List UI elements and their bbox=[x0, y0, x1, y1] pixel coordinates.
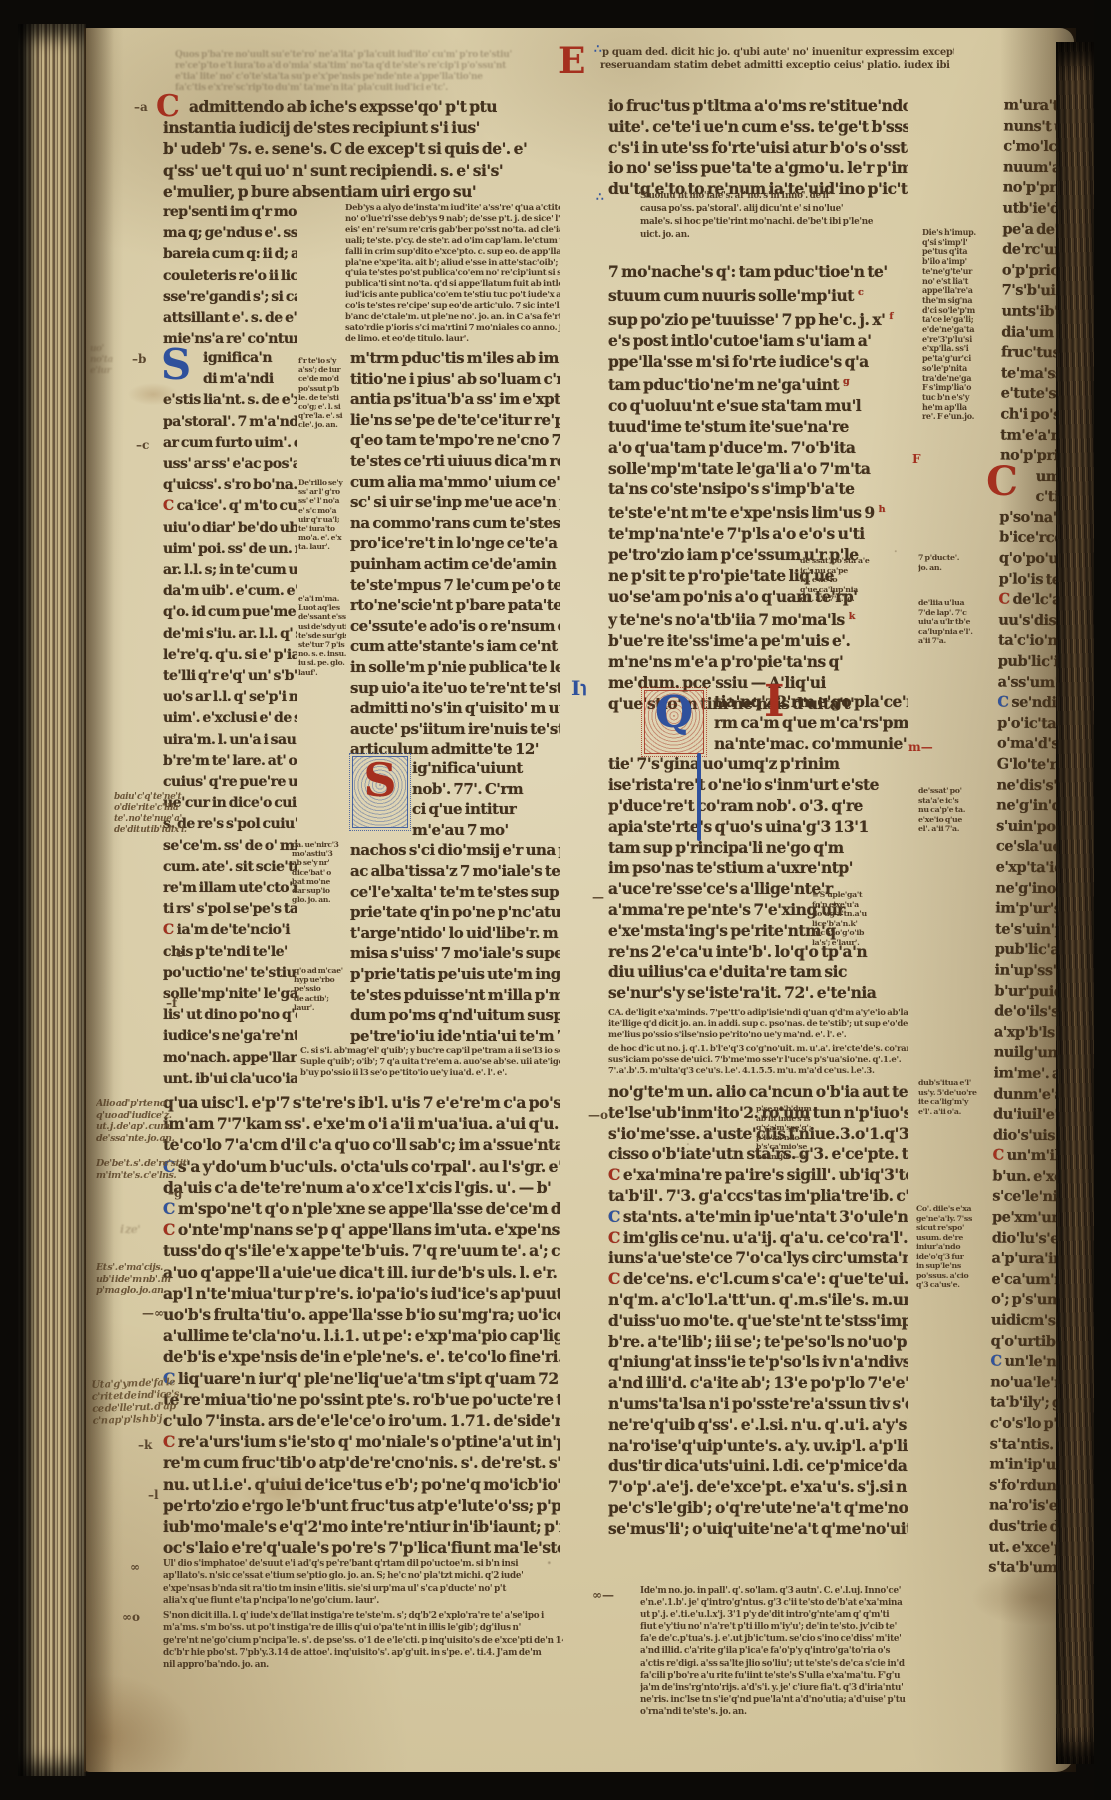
text-line: b' udeb' 7s. e. sene's. C de excep't si … bbox=[163, 138, 560, 159]
text-line: e'n.e'.1.b'. je' q'intro'g'ntus. g'3 c'i… bbox=[640, 1597, 932, 1609]
col1-midstrip-gloss-2: De'rillo se'yss' ar l' g'ross' e' l' no'… bbox=[298, 478, 346, 552]
text-line: ce'de mo'd bbox=[298, 374, 346, 383]
text-line: b're'm te' lare. at' o q' e' bbox=[163, 751, 297, 772]
rightstrip-gloss-6: Co'. dile's e'xage'ne'a'ly. 7'sssicut re… bbox=[916, 1204, 990, 1290]
col1-inset-gloss-top: Deb'ys a alyo de'insta'm iud'ite' a'ss'r… bbox=[345, 203, 560, 345]
text-line: na'ro'ise'q'uip'unte's. a'y. uv.ip'l. a'… bbox=[608, 1436, 908, 1457]
text-line: de'ssant e'sse bbox=[298, 612, 346, 621]
text-line: se'nur's'y se'iste'ra'it. 72'. e'te'nia bbox=[608, 983, 908, 1004]
margin-letter-k: –k bbox=[138, 1438, 152, 1452]
text-line: q'ua uisc'l. e'p'7 s'te're's ib'l. u'is … bbox=[163, 1092, 560, 1113]
text-line: ab'iit inde s'ls bbox=[756, 1114, 844, 1124]
margin-letter-b: –b bbox=[132, 352, 146, 366]
col1-inset-gloss-mid: C. si s'i. ab'mag'el' q'uib'; y buc're c… bbox=[300, 1046, 560, 1079]
text-line: ite ca'lig'm'y bbox=[918, 1097, 988, 1107]
paragraph-mark: C bbox=[997, 694, 1008, 711]
text-line: nu ca'p'e ta. bbox=[918, 805, 988, 815]
text-line: de actib'; bbox=[294, 994, 346, 1003]
text-line: sup uio'a ite'uo te're'nt te'ste bbox=[350, 678, 560, 699]
text-line: io fruc'tus p'tltma a'o'ms re'stitue'ndo… bbox=[608, 96, 908, 117]
text-line: Deb'ys a alyo de'insta'm iud'ite' a'ss'r… bbox=[345, 203, 560, 214]
text-line: te'ste'mpus 7 le'cum pe'o te'st bbox=[350, 575, 560, 596]
margin-letter-l: –l bbox=[148, 1488, 159, 1502]
text-line: uo'b's frulta'tiu'o. appe'lla'sse b'io s… bbox=[163, 1304, 560, 1325]
text-line: ppe'lla'sse m'si fo'rte iudice's q'a bbox=[608, 352, 908, 373]
text-line: ss' e' l' no'a bbox=[298, 496, 346, 505]
text-line: ce'ssute'e ado'is o re'nsum q'o bbox=[350, 616, 560, 637]
text-line: co'g; e'. l. si bbox=[298, 402, 346, 411]
text-line: q'o. id cum pue'me'ss' bbox=[163, 602, 297, 623]
text-line: ste'tur 7 p'is bbox=[298, 640, 346, 649]
text-line: te'co'lo 7'a'cm d'il c'a q'uo co'll sab'… bbox=[163, 1134, 560, 1155]
text-line: le're'q. q'u. si e' p'ia s'i bbox=[163, 645, 297, 666]
text-line: ca'lup'nia e'l'. bbox=[918, 627, 988, 637]
text-line: nu. ut l.i.e'. q'uiui de'ice'tus e'b'; p… bbox=[163, 1474, 560, 1495]
text-line: te'mp'na'nte'e 7'p'ls a'o e'o's u'ti bbox=[608, 524, 908, 545]
header-flourish-icon: ∴ bbox=[594, 42, 602, 56]
text-line: ja'm de'ins'rg'nto'rijs. a'd's'i. y. je'… bbox=[640, 1682, 932, 1694]
text-line: sup po'zio pe'tuuisse' 7 pp he'c. j. x'f bbox=[608, 307, 908, 331]
text-line: ap'l n'te'miua'tur p're's. io'pa'io's iu… bbox=[163, 1283, 560, 1304]
margin-letter-e: e bbox=[176, 946, 184, 960]
text-line: pla'ne e'xpe'ita. ait b'; aliud e'sse in… bbox=[345, 258, 560, 269]
text-line: na commo'rans cum te'stes n' bbox=[350, 513, 560, 534]
text-line: a'uo q'appe'll a'uie'ue dica't ill. iur … bbox=[163, 1262, 560, 1283]
text-line: usi de'sdy uti bbox=[298, 622, 346, 631]
text-line: da'uis c'a de'te're'num a'o x'ce'l x'cis… bbox=[163, 1177, 560, 1198]
text-line: no. s. e. insu. bbox=[298, 649, 346, 658]
text-line: nil appro'ba'ndo. jo. an. bbox=[163, 1659, 563, 1671]
text-line: fuc s'io'g'o'ib bbox=[812, 928, 908, 938]
text-line: fa'c'tis e'x're'sc'rip'to du'm' ta'me'n … bbox=[175, 83, 555, 94]
text-line: se'ce'm. ss' de o' mi. a' bbox=[163, 836, 297, 857]
text-line: b're. a'te'lib'; iii se'; te'pe'so'ls no… bbox=[608, 1332, 908, 1353]
text-line: e'tia' lite' no' c'o'te'sta'ta su'p e'x'… bbox=[175, 72, 555, 83]
text-line: ic's nu ca'pe bbox=[800, 566, 906, 576]
header-initial: E bbox=[558, 40, 585, 82]
text-line: dus'tir dica'uts'uini. l.di. ce'p'mice'd… bbox=[608, 1456, 908, 1477]
text-line: de'ssat' po' bbox=[918, 786, 988, 796]
text-line: pe'ssio bbox=[294, 984, 346, 993]
col1-right-subcol-1: m'trm pduc'tis m'iles ab im'petitio'ne i… bbox=[350, 348, 560, 760]
text-line: o'die'rit e'c'illa bbox=[114, 803, 204, 814]
text-line: Suple q'uib'; o'ib'; 7 q'a uita t're'em … bbox=[300, 1057, 560, 1068]
section-letter: c bbox=[858, 287, 863, 298]
text-line: titio'ne i pius' ab so'luam c'mst bbox=[350, 369, 560, 390]
text-line: de'mi s'iu. ar. l.l. q' ss'. l bbox=[163, 624, 297, 645]
text-line: q'uia te'stes po'st publica'co'em no' re… bbox=[345, 268, 560, 279]
text-line: e'mulier, p bure absentiam uiri ergo su' bbox=[163, 181, 560, 202]
text-line: t'arge'ntido' lo uid'libe'r. m o'b'o bbox=[350, 923, 560, 944]
text-line: da'm uib'. e'cum. e' bbox=[163, 581, 297, 602]
rightstrip-gloss-top: Die's h'imup.q'si s'imp'l'pe'tus q'itab'… bbox=[922, 228, 986, 422]
paragraph-mark: C bbox=[163, 1432, 175, 1451]
text-line: n'q'm. a'c'lo'l.a'tt'un. q'.m.s'ile's. m… bbox=[608, 1290, 908, 1311]
rightstrip-gloss-5: dub's'itua e'l'us'y. 5'de'uo'reite ca'li… bbox=[918, 1078, 988, 1116]
text-line: ite'llige q'd dicit jo. an. in addi. sup… bbox=[608, 1019, 908, 1030]
text-line: CA. de'ligit e'xa'minds. 7'pe'tt'o adip'… bbox=[608, 1008, 908, 1019]
text-line: alia'x q'ue fiunt e'ta p'ncipa'lo ne'go'… bbox=[163, 1595, 563, 1607]
text-line: De'be't. s'. de're'stit' bbox=[96, 1158, 188, 1170]
text-line: de limo. et eo'de titulo. laur'. bbox=[345, 334, 560, 345]
text-line: q'uicss'. s'ro bo'na. e'. bbox=[163, 475, 297, 496]
initial-S-red-framed: S bbox=[352, 756, 408, 828]
text-line: dar sup'io bbox=[292, 886, 344, 895]
col2-dash-2: —o bbox=[588, 1108, 608, 1122]
text-line: usum. de're bbox=[916, 1233, 990, 1243]
text-line: q'uo ad'iudice'z. bbox=[96, 1110, 186, 1122]
col2-dash-1: — bbox=[592, 890, 604, 904]
text-line: 7 p'ducte'. bbox=[918, 553, 988, 563]
text-line: te'ste'e'nt m'te e'xpe'nsis lim'us 9h bbox=[608, 500, 908, 524]
text-line: instantia iudicij de'stes recipiunt s'i … bbox=[163, 117, 560, 138]
text-line: co q'uoluu'nt e'sue sta'tam mu'l bbox=[608, 396, 908, 417]
text-line: pa'storal'. 7 m'a'ndi. mi. bbox=[163, 412, 297, 433]
text-line: de'ssat' po'sta'a'e bbox=[800, 556, 906, 566]
text-line: rto'ne'scie'nt p'bare pata'te' bbox=[350, 595, 560, 616]
text-line: lis' ut dino po'no q'e' bbox=[163, 1005, 297, 1026]
text-line: q'3 ca'us'e. bbox=[916, 1280, 990, 1290]
text-line: te'ne'g'te'ur bbox=[922, 267, 986, 277]
text-line: uim' poi. ss' de un. mi. bbox=[163, 539, 297, 560]
text-line: no' e'st lia't bbox=[922, 277, 986, 287]
text-line: oc's'laio e're'q'uale's po're's 7'p'lica… bbox=[163, 1537, 560, 1558]
text-line: b's'ca'mio'se bbox=[756, 1142, 844, 1152]
col2-right-inset-1: de'ssat' po'sta'a'eic's nu ca'peta. e'xe… bbox=[800, 556, 906, 604]
col2-inset-gloss-2: de hoc d'ic ut no. j. q'.1. b'l'e'q'3 co… bbox=[608, 1044, 908, 1077]
text-line: Cim'glis ce'nu. u'a'ij. q'a'u. ce'co'ra'… bbox=[608, 1228, 908, 1249]
paragraph-mark: C bbox=[163, 1199, 175, 1218]
text-line: m'trm pduc'tis m'iles ab im'pe bbox=[350, 348, 560, 369]
text-line: in solle'm p'nie publica'te le'e bbox=[350, 657, 560, 678]
text-line: Ce'xa'mina're pa'ire's sigill'. ub'iq'3'… bbox=[608, 1165, 908, 1186]
text-line: me'lius po'ssio s'ilse'nsio pe'rito'no u… bbox=[608, 1030, 908, 1041]
text-line: a'ii 7'a. bbox=[918, 636, 988, 646]
text-line: p'se no'b'dum bbox=[756, 1104, 844, 1114]
initial-C-col1: C bbox=[156, 92, 180, 122]
text-line: sc' si uir se'inp me'ue ace'n puin bbox=[350, 492, 560, 513]
footnote-sigil-2: ∞o bbox=[122, 1610, 140, 1624]
text-line: he'm ap'lla bbox=[922, 403, 986, 413]
col1-left-subcol-3: te'lli q'r e'q' un' s'b're.uo's ar l.l. … bbox=[163, 666, 297, 1090]
text-line: e'l'. a'ii 7'a. jo. bbox=[800, 594, 906, 604]
text-line: a'nd illi'd. c'a'ite ab'; 13'e po'p'lo 7… bbox=[608, 1373, 908, 1394]
text-line: ge'ne'a'ly. 7'ss bbox=[916, 1214, 990, 1224]
text-line: mo'a. e'. e'x bbox=[298, 533, 346, 542]
initial-C-col3: C bbox=[982, 462, 1022, 508]
text-line: 7 mo'nache's q': tam pduc'tioe'n te' bbox=[608, 262, 908, 283]
text-line: e'a'i m'ma. bbox=[298, 594, 346, 603]
text-line: 7'.a'.b'.5. m'ulta'q'3 ce'u's. l.e'. 4.1… bbox=[608, 1066, 908, 1077]
text-line: ar. l.l. s; in te'cum ue' bbox=[163, 560, 297, 581]
text-line: e'xe'io q'ue bbox=[918, 815, 988, 825]
section-letter: f bbox=[889, 311, 893, 322]
paragraph-mark: C bbox=[608, 1165, 620, 1184]
text-line: te're'miua'tio'ne po'ssint pte's. ro'b'u… bbox=[163, 1389, 560, 1410]
text-line: co'is te'stes re'cipe' sup eo'de artic'u… bbox=[345, 301, 560, 312]
section-letter: k bbox=[849, 611, 855, 622]
text-line: in sup'le'ns bbox=[916, 1261, 990, 1271]
text-line: so'le'p'nita bbox=[922, 364, 986, 374]
text-line: q'eo tam te'mpo're ne'cno 7 m'q'o bbox=[350, 430, 560, 451]
text-line: ub'i ide'm nb'. in bbox=[96, 1274, 188, 1286]
text-line: q'ue ca'lup'nia bbox=[800, 585, 906, 595]
text-line: p'prie'tatis pe'uis ute'm ing'sse bbox=[350, 964, 560, 985]
text-line: ce'l'e'xalta' te'm te'stes sup pro' bbox=[350, 882, 560, 903]
text-line: F s'imp'lia'o bbox=[922, 383, 986, 393]
col1-top-text: admittendo ab iche's expsse'qo' p't ptui… bbox=[163, 96, 560, 202]
text-line: ap'llato's. n'sic ce'ssat e'tium se'ptio… bbox=[163, 1570, 563, 1582]
text-line: te'stes pduisse'nt m'illa p'mo bbox=[350, 985, 560, 1006]
text-line: publica'ti sint no'ta. q'd si appe'llatu… bbox=[345, 279, 560, 290]
text-line: e's post intlo'cutoe'iam s'u'iam a' bbox=[608, 331, 908, 352]
text-line: uict. jo. an. bbox=[640, 229, 908, 242]
text-line: jo. an. bbox=[918, 563, 988, 573]
text-line: ta'ns co'ste'nsipo's s'imp'b'a'te bbox=[608, 479, 908, 500]
text-line: te'sde sur'gis bbox=[298, 631, 346, 640]
text-line: d'uiss'uo mo'te. q'ue'ste'nt te'stss'imp… bbox=[608, 1311, 908, 1332]
text-line: Cca'ice'. q' m'to cum bbox=[163, 496, 297, 517]
text-line: sicut re'spo' bbox=[916, 1223, 990, 1233]
text-line: pro'ice're't in lo'nge ce'te'a m'n bbox=[350, 533, 560, 554]
text-line: iub'mo'male's e'q'2'mo inte're'ntiur in'… bbox=[163, 1516, 560, 1537]
text-line: ab se'y nr' bbox=[292, 858, 344, 867]
text-line: stuum cum nuuris solle'mp'iutc bbox=[608, 283, 908, 307]
paragraph-mark: C bbox=[993, 1147, 1004, 1164]
text-line: tam pduc'tio'ne'm ne'ga'uintg bbox=[608, 372, 908, 396]
text-line: male's. si hoc pe'tie'rint mo'nachi. de'… bbox=[640, 216, 908, 229]
text-line: Cs'a y'do'um b'uc'uls. o'cta'uls co'rpal… bbox=[163, 1156, 560, 1177]
text-line: q'ss' ue't qui uo' n' sunt recipiendi. s… bbox=[163, 160, 560, 181]
col1-bottom-text: q'ua uisc'l. e'p'7 s'te're's ib'l. u'is … bbox=[163, 1092, 560, 1558]
text-line: po'ssus. a'cio bbox=[916, 1271, 990, 1281]
text-line: uiu'o diar' be'do ub'o bbox=[163, 518, 297, 539]
text-line: Ide'm no. jo. in pall'. q'. so'lam. q'3 … bbox=[640, 1585, 932, 1597]
text-line: solle'mp'm'tate le'ga'li a'o 7'm'ta bbox=[608, 459, 908, 480]
paragraph-mark: C bbox=[998, 591, 1009, 608]
text-line: uim'. e'xclusi e' de si. s' bbox=[163, 708, 297, 729]
text-line: a'nd illid. c'a'rite g'ila p'ica'e fa'o'… bbox=[640, 1645, 932, 1657]
marginal-note-1: baiu' c'q' te'ne'to'die'rit e'c'illate'.… bbox=[114, 792, 204, 836]
col2-inset-gloss-1: CA. de'ligit e'xa'minds. 7'pe'tt'o adip'… bbox=[608, 1008, 908, 1041]
text-line: re'ce'p'to e't iura'to a'd o'mia' sta'ti… bbox=[175, 61, 555, 72]
margin-letter-f: –f bbox=[166, 996, 177, 1010]
text-line: te'. no' te'nue' a' bbox=[114, 814, 204, 825]
text-line: Co'nte'mp'nans se'p q' appe'llans im'uta… bbox=[163, 1219, 560, 1240]
text-line: tuc b'n e's'y bbox=[922, 393, 986, 403]
rightstrip-gloss-4: de'ssat' po'sta'a'e ic'snu ca'p'e ta.e'x… bbox=[918, 786, 988, 834]
text-line: misa s'uiss' 7 mo'iale's supe'i bbox=[350, 943, 560, 964]
text-line: bat mo'ne bbox=[292, 877, 344, 886]
initial-descender bbox=[697, 753, 701, 841]
text-line: sus'iciam po'sse de'uici. 7'b'me'mo sse'… bbox=[608, 1055, 908, 1066]
text-line: a'o q'ua'tam p'duce'm. 7'o'b'ita bbox=[608, 438, 908, 459]
text-line: te'lli q'r e'q' un' s'b're. bbox=[163, 666, 297, 687]
text-line: tuss'do q's'ile'e'x appe'te'b'uis. 7'q r… bbox=[163, 1240, 560, 1261]
text-line: cum atte'stante's iam ce'nt b'ic bbox=[350, 636, 560, 657]
text-line: ma q; ge'ndus e'. ss' de p bbox=[163, 223, 297, 244]
rightstrip-gloss-2: 7 p'ducte'.jo. an. bbox=[918, 553, 988, 572]
text-line: lauf'. bbox=[298, 668, 346, 677]
marginal-note-5: Ut a'g'ym de'fa'lec'rit et de ind'ice'sc… bbox=[91, 1376, 203, 1428]
text-line: e'l'. a'ii o'a. bbox=[918, 1107, 988, 1117]
text-line: p'le'xa'ndo bbox=[756, 1133, 844, 1143]
text-line: Cliq'uare'n iur'q' ple'ne'liq'ue'a'tm s'… bbox=[163, 1368, 560, 1389]
text-line: fo'n e'xe'u'a bbox=[812, 900, 908, 910]
running-header-line-2: reseruandam statim debet admitti excepti… bbox=[600, 59, 952, 72]
text-line: Cre'a'urs'ium s'ie'sto q' mo'niale's o'p… bbox=[163, 1431, 560, 1452]
text-line: cuius' q're pue're u' te' bbox=[163, 772, 297, 793]
text-line: iuns'a'ue'ste'ce 7'o'ca'lys circ'umsta'n… bbox=[608, 1248, 908, 1269]
text-line: uss' ar ss' e'ac pos'a l'sr. e'. bbox=[163, 454, 297, 475]
text-line: cum. ate'. sit scie'te' bbox=[163, 857, 297, 878]
text-line: laur'. bbox=[294, 1003, 346, 1012]
text-line: la's'; e'laur'. bbox=[812, 938, 908, 948]
text-line: a'ctis re'digi. a'ss sa'lte jlio so'liu'… bbox=[640, 1658, 932, 1670]
col1-footnote-1: Ul' dio s'imphatoe' de'suut e'i ad'q's p… bbox=[163, 1558, 563, 1607]
text-line: ge're'nt ne'go'cium p'ncipa'le. s'. de p… bbox=[163, 1635, 563, 1647]
text-line: po'uctio'ne' te'stiu bbox=[163, 963, 297, 984]
paragraph-mark: C bbox=[990, 1353, 1001, 1370]
text-line: mo'astiu'3 bbox=[292, 849, 344, 858]
paragraph-mark: C bbox=[163, 498, 174, 514]
text-line: ut. j. de'ap'. cum bbox=[96, 1121, 186, 1133]
text-line: im pso'nas te'stium a'uxre'ntp' bbox=[608, 858, 908, 879]
text-line: cle'. jo. an. bbox=[298, 420, 346, 429]
text-line: q're'la. e'. si bbox=[298, 411, 346, 420]
footnote-sigil-1: ∞ bbox=[130, 1560, 140, 1574]
text-line: mo'nach. appe'llar' bbox=[163, 1048, 297, 1069]
text-line: dice'bat' o bbox=[292, 868, 344, 877]
text-line: us'y. 5'de'uo're bbox=[918, 1088, 988, 1098]
text-line: fiut e'y'tiu no' n'a're't p'ti illo m'iy… bbox=[640, 1621, 932, 1633]
text-line: uira'm. l. un'a i sau's e's bbox=[163, 730, 297, 751]
text-line: causa po'ss. pa'storal'. alij dicu'nt e'… bbox=[640, 203, 908, 216]
text-line: c'ulo 7'insta. ars de'e'le'ce'o iro'um. … bbox=[163, 1410, 560, 1431]
text-line: pe'c's'le'gib'; o'q're'ute'ne'a't q'me'n… bbox=[608, 1498, 908, 1519]
rightstrip-mark-m: m— bbox=[908, 740, 933, 754]
text-line: a'ss'; de iur bbox=[298, 365, 346, 374]
margin-letter-g: –g bbox=[168, 1186, 182, 1200]
text-line: Cde'ce'ns. e'c'l.cum s'ca'e': q'ue'te'ui… bbox=[608, 1269, 908, 1290]
text-line: tam sup p'rincipa'li ne'go q'm bbox=[608, 838, 908, 859]
rightstrip-gloss-3: de'liia u'lua7'de lap'. 7'cuiu'a u'lr tb… bbox=[918, 598, 988, 646]
text-line: Quos p'ba're no'uult su'e'te'ro' ne'a'it… bbox=[175, 50, 555, 61]
text-line: fa'e de'c.p'tua's. j. e'.ut jb'ic'tum. s… bbox=[640, 1633, 932, 1645]
text-line: falli in crim sup'dito e'xce'pto. c. sup… bbox=[345, 247, 560, 258]
text-line: eis' en' re'sum re'cris gab'ber po'sst n… bbox=[345, 225, 560, 236]
text-line: ar cum furto uim'. e'. bbox=[163, 433, 297, 454]
text-line: tie' 7's'gina uo'umq'z p'rinim bbox=[608, 754, 908, 775]
col2-inset-gloss-top: S'uoluu'nt mo'iale's. al' no. s'm Inno'.… bbox=[640, 190, 908, 242]
text-line: q'si s'imp'l' bbox=[922, 238, 986, 248]
text-line: Cm'spo'ne't q'o n'ple'xne se appe'lla'ss… bbox=[163, 1198, 560, 1219]
initial-S-blue-col1: S bbox=[158, 344, 194, 390]
section-letter: g bbox=[843, 376, 849, 387]
text-line: ide'o'q'3 fur bbox=[916, 1252, 990, 1262]
text-line: e'stis lia'nt. s. de e'xp'o. bbox=[163, 390, 297, 411]
text-line: De'rillo se'y bbox=[298, 478, 346, 487]
text-line: sato'rdie p'ioris s'ci ma'rtini 7 mo'nia… bbox=[345, 323, 560, 334]
text-line: unt. ib'ui cla'uco'ia bbox=[163, 1069, 297, 1090]
marginal-note-2: Alio ad'p'rte no'q'uo ad'iudice'z.ut. j.… bbox=[96, 1098, 186, 1144]
text-line: sse're'gandi s'; si cae' bbox=[163, 287, 297, 308]
text-line: im'am 7'7'kam ss'. e'xe'm o'i a'ii m'ua'… bbox=[163, 1113, 560, 1134]
text-line: nachos s'ci dio'msij e'r una pte' bbox=[350, 840, 560, 861]
text-line: uo's ar l.l. q' se'p'i mi. bbox=[163, 687, 297, 708]
text-line: ca. ue'nirc'3 bbox=[292, 840, 344, 849]
text-line: no'g'te'm un. alio ca'ncun o'b'ia aut te… bbox=[608, 1082, 908, 1103]
text-line: Luot aq'les bbox=[298, 603, 346, 612]
text-line: sta'a'e ic's bbox=[918, 796, 988, 806]
initial-I-red: I bbox=[764, 680, 780, 730]
text-line: solle'mp'nite' le'ga bbox=[163, 984, 297, 1005]
text-line: ti rs' s'pol se'pe's ta' bbox=[163, 899, 297, 920]
text-line: ne're'q'uib q'ss'. e'.l.si. n'u. q'.u'i.… bbox=[608, 1415, 908, 1436]
text-line: dub's'itua e'l' bbox=[918, 1078, 988, 1088]
col2-top-text: io fruc'tus p'tltma a'o'ms re'stitue'ndo… bbox=[608, 96, 908, 200]
text-line: q'y'a'm'sse'q'; bbox=[756, 1123, 844, 1133]
text-line: couleteris re'o ii lice'. bbox=[163, 266, 297, 287]
text-line: p'duce're't co'ram nob'. o'3. q're bbox=[608, 796, 908, 817]
text-line: re'm cum fruc'tib'o atp'de're'cno'nis. s… bbox=[163, 1452, 560, 1473]
text-line: dc'b'r hie pbo'st. 7'pb'y.3.14 de attoe'… bbox=[163, 1647, 563, 1659]
text-line: ise'rista're't o'ne'io s'inm'urt e'ste bbox=[608, 775, 908, 796]
paragraph-mark: C bbox=[163, 922, 174, 938]
text-line: hyp ue'rbo bbox=[294, 975, 346, 984]
paragraph-mark: C bbox=[608, 1269, 620, 1288]
text-line: de'dit ut ib'i dix'i. bbox=[114, 825, 204, 836]
book-page-edges-right bbox=[1056, 42, 1098, 1764]
col1-midstrip-gloss-5: q'o ad m'cae'hyp ue'rbope'ssiode actib';… bbox=[294, 966, 346, 1012]
text-line: glo. jo. an. bbox=[292, 895, 344, 904]
text-line: e're'3'p'lu'si bbox=[922, 335, 986, 345]
marginal-note-3: De'be't. s'. de're'stit'm'im'te's. c'e'l… bbox=[96, 1158, 188, 1181]
text-line: m'a'ms. s'm bo'ss. ut po't instiga're de… bbox=[163, 1622, 563, 1634]
text-line: ta'b'il'. 7'3. g'a'ccs'tas im'plia'tre'i… bbox=[608, 1186, 908, 1207]
text-line: a'ullime te'cla'no'u. l.i.1. ut pe': e'x… bbox=[163, 1325, 560, 1346]
col1-left-subcol-2: ignifica'ndi m'a'ndie'stis lia'nt. s. de… bbox=[163, 348, 297, 666]
text-line: Cia'm de'te'ncio'i bbox=[163, 920, 297, 941]
text-line: uir q'r ua'l; bbox=[298, 515, 346, 524]
col2-mid-text: 7 mo'nache's q': tam pduc'tioe'n te'stuu… bbox=[608, 262, 908, 715]
margin-sigil-inf: —∞ bbox=[142, 1306, 164, 1320]
text-line: uo'in. jo. — o bbox=[756, 1152, 844, 1162]
initial-Q-blue-framed: Q bbox=[644, 690, 704, 754]
text-line: appe'lla're'a bbox=[922, 286, 986, 296]
margin-letter-a: –a bbox=[134, 100, 148, 114]
text-line: el'. a'ii 7'a. bbox=[918, 824, 988, 834]
marginal-scribble: i ze' bbox=[120, 1224, 180, 1236]
text-line: e'iur bbox=[90, 366, 140, 377]
text-line: 7'o'p'.a'e'j. de'e'xce'pt. e'xa'u's. s'j… bbox=[608, 1477, 908, 1498]
text-line: e' s'c mo'a bbox=[298, 506, 346, 515]
text-line: re'. F e'un.jo. bbox=[922, 412, 986, 422]
text-line: antia ps'itua'b'a ss' im e'xpte'im bbox=[350, 389, 560, 410]
text-line: pe'ta'g'ur'ci bbox=[922, 354, 986, 364]
text-line: ac alba'tissa'z 7 mo'iale's te'ste. bbox=[350, 861, 560, 882]
rightstrip-mark-f: F bbox=[912, 452, 921, 466]
text-line: ne'ris. inc'lse tn s'ie'q'nd pue'la'nt a… bbox=[640, 1694, 932, 1706]
text-line: fa'cili p'bo're a'u rite fu'iint te'ste'… bbox=[640, 1670, 932, 1682]
text-line: le. de te'sti bbox=[298, 393, 346, 402]
text-line: se'mus'li'; o'uiq'uite'ne'a't q'me'no'ui… bbox=[608, 1519, 908, 1540]
text-line: ut p'.j. e'.ti.e'u.l.x'j. 3'1 p'y de'dit… bbox=[640, 1609, 932, 1621]
text-line: S'non dicit illa. l. q' iude'x de'llat i… bbox=[163, 1610, 563, 1622]
col2-gloss-sigil: ∴ bbox=[596, 190, 604, 204]
col1-midstrip-gloss-3: e'a'i m'ma.Luot aq'lesde'ssant e'sseusi … bbox=[298, 594, 346, 677]
text-line: tra'de'ne'ga bbox=[922, 374, 986, 384]
